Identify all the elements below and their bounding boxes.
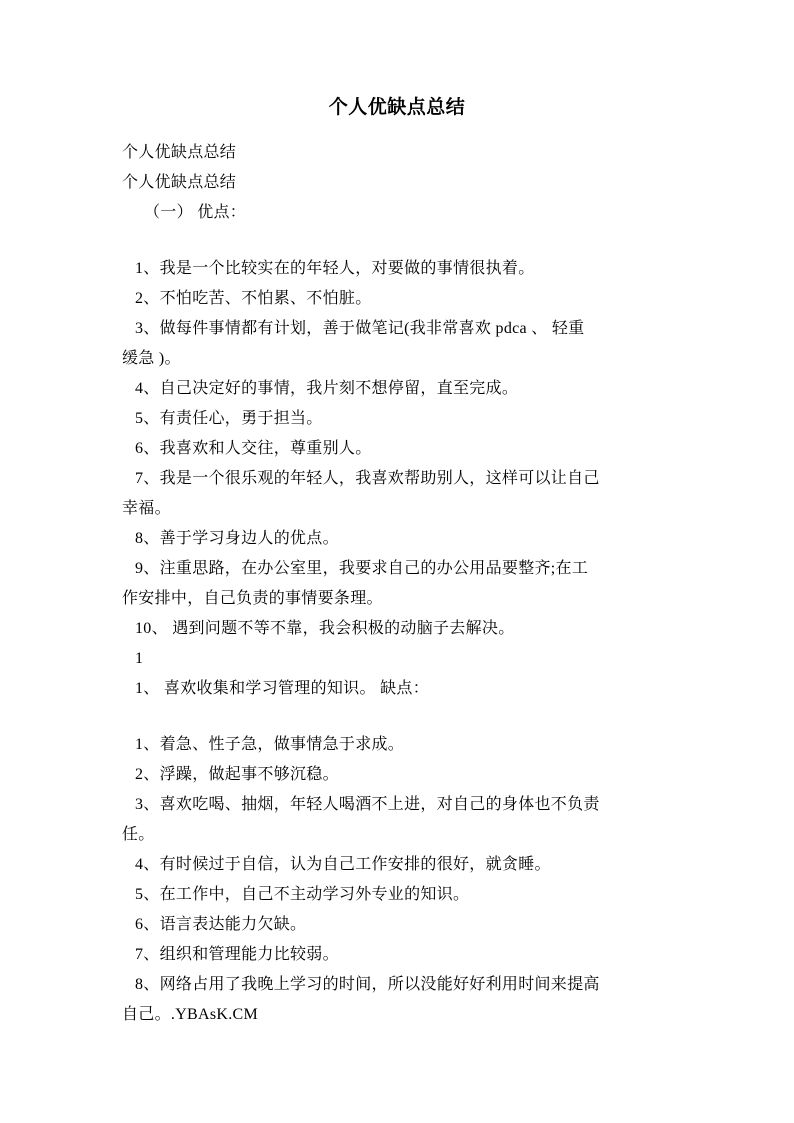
text-line: 缓急 )。 (122, 344, 694, 374)
list-item: 7、我是一个很乐观的年轻人，我喜欢帮助别人，这样可以让自己 (122, 464, 694, 494)
list-item: 2、浮躁，做起事不够沉稳。 (122, 760, 694, 790)
list-item: 10、 遇到问题不等不靠，我会积极的动脑子去解决。 (122, 614, 694, 644)
text-line: 作安排中，自己负责的事情要条理。 (122, 584, 694, 614)
list-item: 1、着急、性子急，做事情急于求成。 (122, 730, 694, 760)
text-line: 个人优缺点总结 (122, 168, 694, 198)
list-item: 4、自己决定好的事情，我片刻不想停留，直至完成。 (122, 374, 694, 404)
list-item: 5、在工作中，自己不主动学习外专业的知识。 (122, 880, 694, 910)
list-item: 9、注重思路，在办公室里，我要求自己的办公用品要整齐;在工 (122, 554, 694, 584)
text-line: 自己。.YBAsK.CM (122, 1000, 694, 1030)
list-item: 7、组织和管理能力比较弱。 (122, 940, 694, 970)
text-line: 1 (122, 644, 694, 674)
list-item: 3、做每件事情都有计划，善于做笔记(我非常喜欢 pdca 、 轻重 (122, 314, 694, 344)
document-page: 个人优缺点总结 个人优缺点总结 个人优缺点总结 （一） 优点： 1、我是一个比较… (0, 0, 794, 1123)
list-item: 1、我是一个比较实在的年轻人，对要做的事情很执着。 (122, 254, 694, 284)
list-item: 4、有时候过于自信，认为自己工作安排的很好，就贪睡。 (122, 850, 694, 880)
list-item: 3、喜欢吃喝、抽烟，年轻人喝酒不上进，对自己的身体也不负责 (122, 790, 694, 820)
document-content: 个人优缺点总结 个人优缺点总结 个人优缺点总结 （一） 优点： 1、我是一个比较… (122, 94, 694, 1030)
text-line: 任。 (122, 820, 694, 850)
section-heading: （一） 优点： (122, 198, 694, 228)
list-item: 8、网络占用了我晚上学习的时间，所以没能好好利用时间来提高 (122, 970, 694, 1000)
list-item: 8、善于学习身边人的优点。 (122, 524, 694, 554)
document-title: 个人优缺点总结 (100, 94, 694, 122)
blank-line (122, 228, 694, 254)
blank-line (122, 704, 694, 730)
text-line: 幸福。 (122, 494, 694, 524)
list-item: 6、语言表达能力欠缺。 (122, 910, 694, 940)
list-item: 1、 喜欢收集和学习管理的知识。 缺点： (122, 674, 694, 704)
list-item: 6、我喜欢和人交往，尊重别人。 (122, 434, 694, 464)
list-item: 2、不怕吃苦、不怕累、不怕脏。 (122, 284, 694, 314)
list-item: 5、有责任心，勇于担当。 (122, 404, 694, 434)
text-line: 个人优缺点总结 (122, 138, 694, 168)
